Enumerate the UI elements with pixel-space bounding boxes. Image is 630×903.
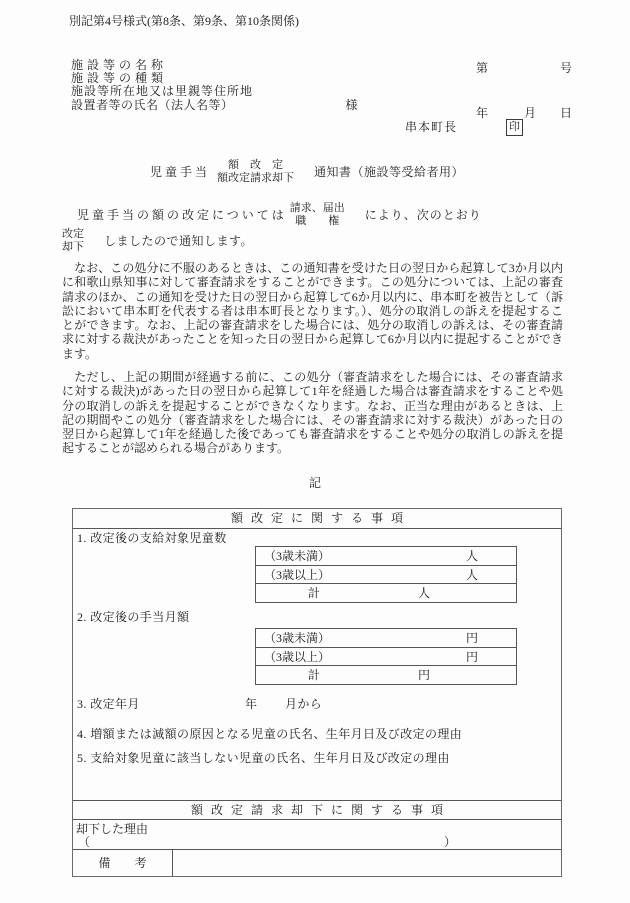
- method-option-stack: 請求、届出 職 権: [290, 202, 345, 228]
- child-count-table: （3歳未満） 人 （3歳以上） 人 計 人: [255, 546, 517, 603]
- rejection-section-header: 額改定請求却下に関する事項: [73, 800, 561, 820]
- body-sentence-1: 児童手当の額の改定については 請求、届出 職 権 により、次のとおり: [62, 202, 482, 228]
- year-suffix: 年: [245, 697, 257, 711]
- founder-name-line: 設置者等の氏名（法人名等）様: [71, 99, 358, 112]
- revision-item-1: 1. 改定後の支給対象児童数: [77, 531, 227, 545]
- remarks-row: 備 考: [73, 849, 561, 876]
- allowance-amount-table: （3歳未満） 円 （3歳以上） 円 計 円: [255, 628, 517, 685]
- title-prefix: 児童手当: [150, 165, 210, 179]
- title-suffix: 通知書（施設等受給者用）: [314, 165, 464, 179]
- revision-item-3: 3. 改定年月 年 月から: [77, 697, 561, 711]
- revision-item-3-label: 3. 改定年月: [77, 697, 140, 711]
- table-row: （3歳未満） 人: [256, 547, 516, 565]
- month-suffix: 月から: [285, 697, 322, 711]
- row-unit: 人: [418, 586, 430, 600]
- document-page: 別記第4号様式(第8条、第9条、第10条関係) 第 号 年 月 日 施設等の名称…: [0, 0, 630, 903]
- row-label: （3歳以上）: [264, 649, 330, 663]
- row-unit: 人: [466, 567, 478, 581]
- body-sentence-2: 改定 却下 しましたので通知します。: [62, 228, 253, 254]
- decision-option-top: 改定: [62, 228, 84, 241]
- paren-close: ）: [444, 835, 456, 849]
- row-label: （3歳未満）: [264, 549, 330, 563]
- row-unit: 円: [466, 649, 478, 663]
- table-row: （3歳未満） 円: [256, 629, 516, 647]
- addressee-block: 施設等の名称 施設等の種類 施設等所在地又は里親等住所地 設置者等の氏名（法人名…: [71, 59, 358, 112]
- method-option-top: 請求、届出: [290, 202, 345, 215]
- body-lead: 児童手当の額の改定については: [62, 208, 287, 222]
- revision-item-5: 5. 支給対象児童に該当しない児童の氏名、生年月日及び改定の理由: [77, 751, 450, 765]
- form-reference: 別記第4号様式(第8条、第9条、第10条関係): [69, 14, 299, 28]
- title-option-bottom: 額改定請求却下: [217, 172, 294, 185]
- honorific: 様: [346, 98, 358, 112]
- decision-option-bottom: 却下: [62, 241, 84, 254]
- appeal-paragraph-2: ただし、上記の期間が経過する前に、この処分（審査請求をした場合には、その審査請求…: [62, 370, 563, 456]
- revision-section-header: 額改定に関する事項: [73, 509, 561, 529]
- title-option-stack: 額 改 定 額改定請求却下: [217, 159, 294, 185]
- seal-icon: 印: [506, 119, 523, 136]
- table-row-total: 計 円: [256, 665, 516, 684]
- row-label: （3歳未満）: [264, 631, 330, 645]
- body-lead-suffix: により、次のとおり: [365, 208, 482, 222]
- decision-option-stack: 改定 却下: [62, 228, 84, 254]
- row-label: （3歳以上）: [264, 567, 330, 581]
- remarks-value-cell: [173, 850, 561, 876]
- document-title: 児童手当 額 改 定 額改定請求却下 通知書（施設等受給者用）: [150, 159, 464, 185]
- issuer-name: 串本町長: [405, 120, 457, 134]
- founder-name-label: 設置者等の氏名（法人名等）: [71, 98, 234, 112]
- issuer-line: 串本町長 印: [405, 119, 523, 136]
- row-label: 計: [308, 668, 320, 682]
- row-unit: 円: [418, 668, 430, 682]
- row-unit: 人: [466, 549, 478, 563]
- table-row: （3歳以上） 人: [256, 565, 516, 584]
- paren-open: （: [78, 835, 90, 849]
- rejection-reason-row: 却下した理由 （ ）: [73, 821, 561, 849]
- revision-item-2: 2. 改定後の手当月額: [77, 610, 189, 624]
- row-unit: 円: [466, 631, 478, 645]
- row-label: 計: [308, 586, 320, 600]
- body-notify: しましたので通知します。: [104, 234, 253, 248]
- title-option-top: 額 改 定: [228, 159, 283, 172]
- record-mark: 記: [0, 476, 630, 490]
- remarks-label-cell: 備 考: [73, 850, 173, 876]
- method-option-bottom: 職 権: [295, 215, 339, 228]
- table-row-total: 計 人: [256, 583, 516, 602]
- main-table: 額改定に関する事項 1. 改定後の支給対象児童数 （3歳未満） 人 （3歳以上）…: [72, 508, 562, 877]
- appeal-paragraph-1: なお、この処分に不服のあるときは、この通知書を受けた日の翌日から起算して3か月以…: [62, 261, 563, 361]
- revision-item-4: 4. 増額または減額の原因となる児童の氏名、生年月日及び改定の理由: [77, 727, 462, 741]
- doc-number-line: 第 号: [476, 61, 572, 76]
- table-row: （3歳以上） 円: [256, 647, 516, 666]
- remarks-label: 備 考: [98, 856, 146, 870]
